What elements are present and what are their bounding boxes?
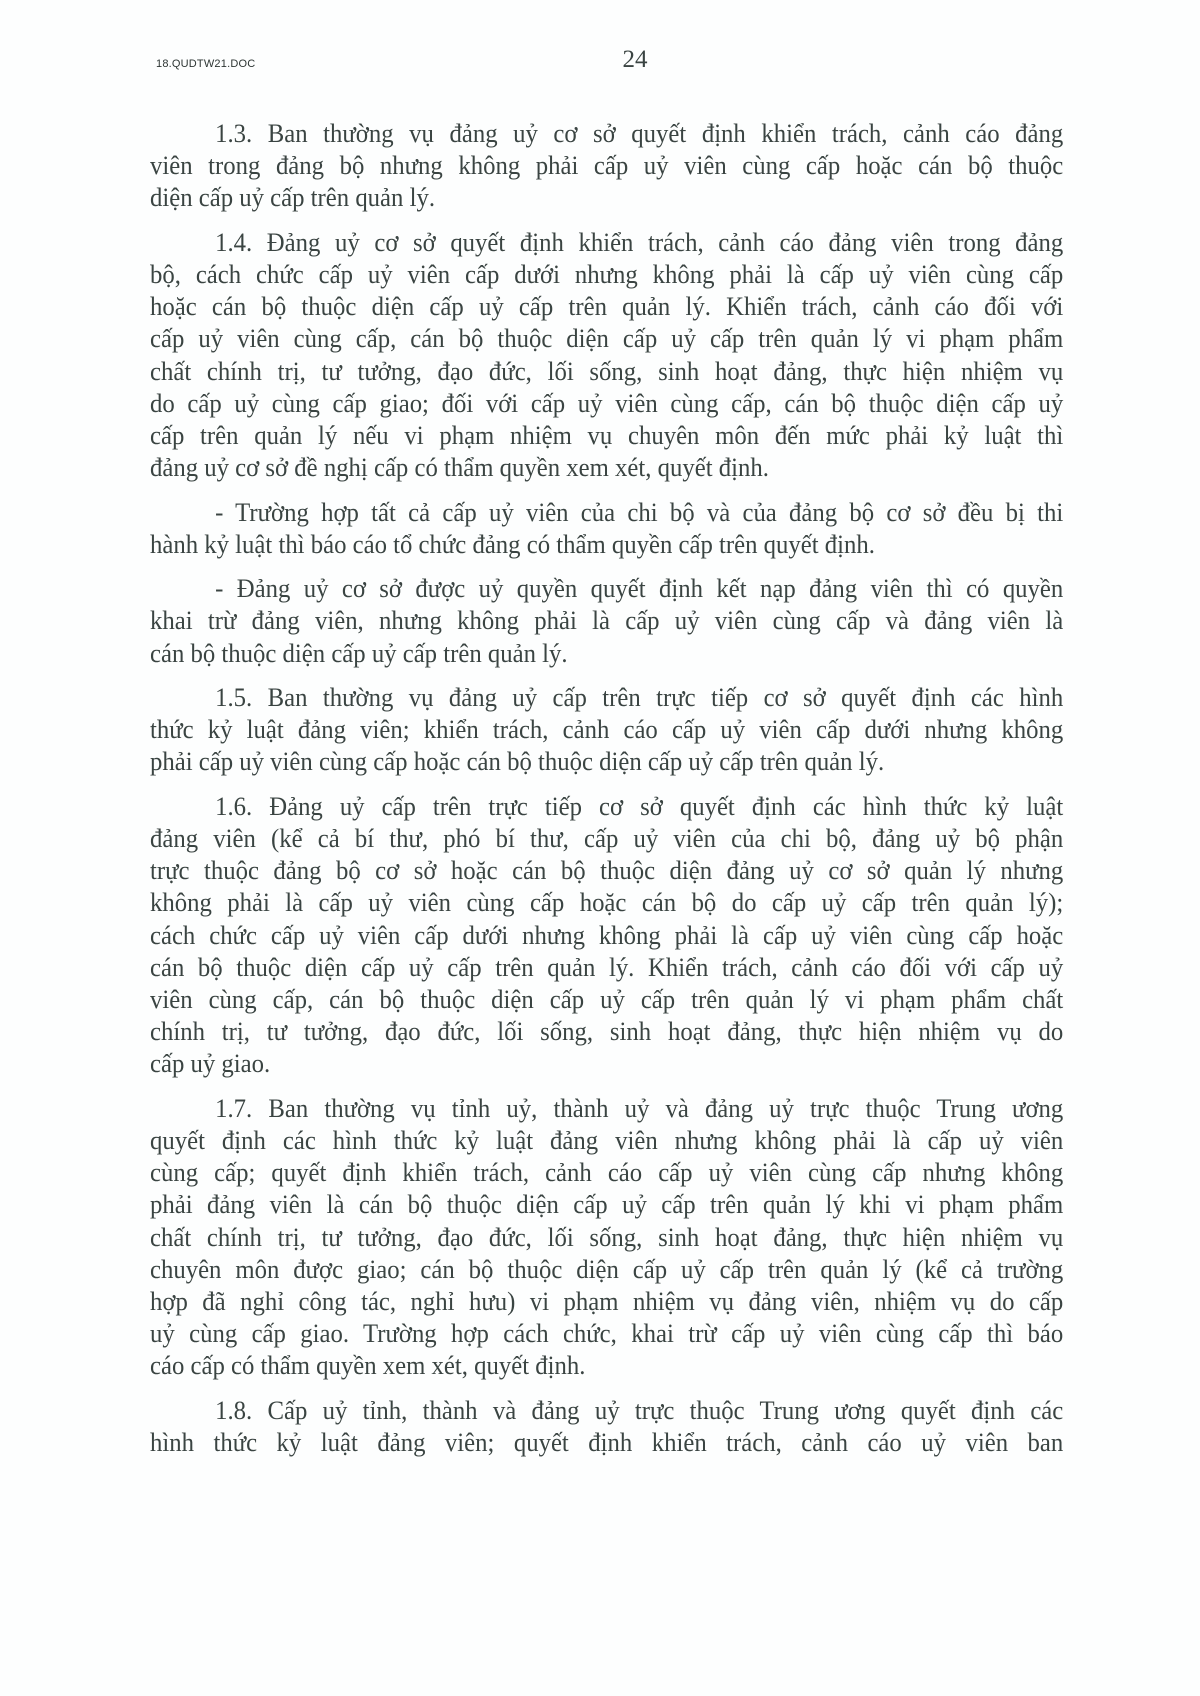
text-line: bộ, cách chức cấp uỷ viên cấp dưới nhưng… (150, 258, 1063, 290)
text-line: - Trường hợp tất cả cấp uỷ viên của chi … (150, 496, 1063, 528)
text-line: đảng viên (kể cả bí thư, phó bí thư, cấp… (150, 822, 1063, 854)
text-line: uỷ cùng cấp giao. Trường hợp cách chức, … (150, 1317, 1063, 1349)
paragraph-1-8: 1.8. Cấp uỷ tỉnh, thành và đảng uỷ trực … (150, 1394, 1063, 1458)
text-line: cáo cấp có thẩm quyền xem xét, quyết địn… (150, 1349, 1063, 1381)
paragraph-1-4: 1.4. Đảng uỷ cơ sở quyết định khiển trác… (150, 226, 1063, 484)
text-line: cấp trên quản lý nếu vi phạm nhiệm vụ ch… (150, 419, 1063, 451)
text-line: hành kỷ luật thì báo cáo tổ chức đảng có… (150, 528, 1063, 560)
text-line: chuyên môn được giao; cán bộ thuộc diện … (150, 1253, 1063, 1285)
text-line: đảng uỷ cơ sở đề nghị cấp có thẩm quyền … (150, 451, 1063, 483)
page-number: 24 (0, 46, 1200, 74)
text-line: cán bộ thuộc diện cấp uỷ cấp trên quản l… (150, 637, 1063, 669)
document-body: 1.3. Ban thường vụ đảng uỷ cơ sở quyết đ… (150, 117, 1063, 1470)
text-line: hoặc cán bộ thuộc diện cấp uỷ cấp trên q… (150, 290, 1063, 322)
text-line: trực thuộc đảng bộ cơ sở hoặc cán bộ thu… (150, 854, 1063, 886)
paragraph-1-7: 1.7. Ban thường vụ tỉnh uỷ, thành uỷ và … (150, 1092, 1063, 1382)
text-line: viên cùng cấp, cán bộ thuộc diện cấp uỷ … (150, 983, 1063, 1015)
text-line: cấp uỷ giao. (150, 1047, 1063, 1079)
text-line: khai trừ đảng viên, nhưng không phải là … (150, 604, 1063, 636)
text-line: phải cấp uỷ viên cùng cấp hoặc cán bộ th… (150, 745, 1063, 777)
paragraph-dash-1: - Trường hợp tất cả cấp uỷ viên của chi … (150, 496, 1063, 560)
text-line: diện cấp uỷ cấp trên quản lý. (150, 181, 1063, 213)
text-line: chính trị, tư tưởng, đạo đức, lối sống, … (150, 1015, 1063, 1047)
text-line: - Đảng uỷ cơ sở được uỷ quyền quyết định… (150, 572, 1063, 604)
text-line: cán bộ thuộc diện cấp uỷ cấp trên quản l… (150, 951, 1063, 983)
text-line: hình thức kỷ luật đảng viên; quyết định … (150, 1426, 1063, 1458)
text-line: chất chính trị, tư tưởng, đạo đức, lối s… (150, 1221, 1063, 1253)
text-line: cách chức cấp uỷ viên cấp dưới nhưng khô… (150, 919, 1063, 951)
text-line: cấp uỷ viên cùng cấp, cán bộ thuộc diện … (150, 322, 1063, 354)
text-line: phải đảng viên là cán bộ thuộc diện cấp … (150, 1188, 1063, 1220)
paragraph-1-5: 1.5. Ban thường vụ đảng uỷ cấp trên trực… (150, 681, 1063, 778)
paragraph-1-6: 1.6. Đảng uỷ cấp trên trực tiếp cơ sở qu… (150, 790, 1063, 1080)
text-line: quyết định các hình thức kỷ luật đảng vi… (150, 1124, 1063, 1156)
text-line: do cấp uỷ cùng cấp giao; đối với cấp uỷ … (150, 387, 1063, 419)
text-line: 1.5. Ban thường vụ đảng uỷ cấp trên trực… (150, 681, 1063, 713)
text-line: chất chính trị, tư tưởng, đạo đức, lối s… (150, 355, 1063, 387)
text-line: 1.7. Ban thường vụ tỉnh uỷ, thành uỷ và … (150, 1092, 1063, 1124)
text-line: không phải là cấp uỷ viên cùng cấp hoặc … (150, 886, 1063, 918)
text-line: 1.4. Đảng uỷ cơ sở quyết định khiển trác… (150, 226, 1063, 258)
paragraph-1-3: 1.3. Ban thường vụ đảng uỷ cơ sở quyết đ… (150, 117, 1063, 214)
text-line: viên trong đảng bộ nhưng không phải cấp … (150, 149, 1063, 181)
text-line: 1.6. Đảng uỷ cấp trên trực tiếp cơ sở qu… (150, 790, 1063, 822)
text-line: thức kỷ luật đảng viên; khiển trách, cản… (150, 713, 1063, 745)
document-page: 18.QUDTW21.DOC 24 1.3. Ban thường vụ đản… (0, 0, 1200, 1696)
text-line: hợp đã nghỉ công tác, nghỉ hưu) vi phạm … (150, 1285, 1063, 1317)
paragraph-dash-2: - Đảng uỷ cơ sở được uỷ quyền quyết định… (150, 572, 1063, 669)
text-line: cùng cấp; quyết định khiển trách, cảnh c… (150, 1156, 1063, 1188)
text-line: 1.3. Ban thường vụ đảng uỷ cơ sở quyết đ… (150, 117, 1063, 149)
text-line: 1.8. Cấp uỷ tỉnh, thành và đảng uỷ trực … (150, 1394, 1063, 1426)
